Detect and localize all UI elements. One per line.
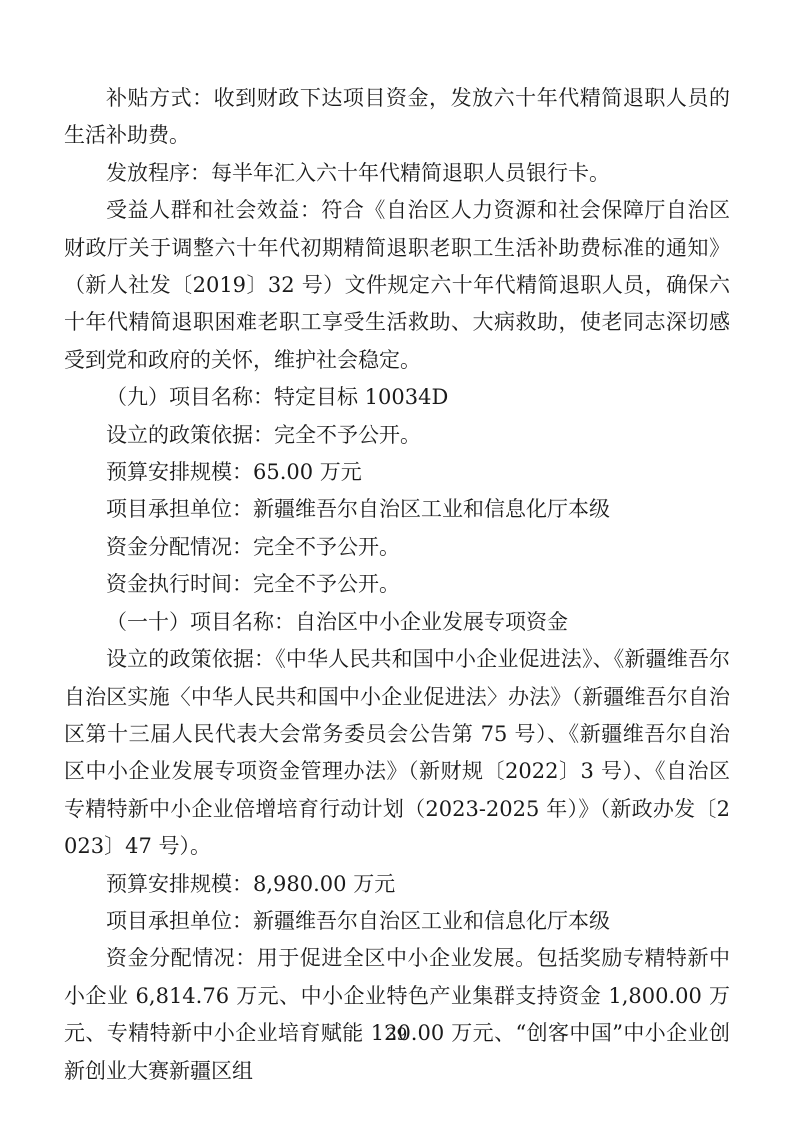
paragraph-project9-name: （九）项目名称：特定目标 10034D — [64, 379, 730, 416]
paragraph-project9-policy: 设立的政策依据：完全不予公开。 — [64, 417, 730, 454]
paragraph-project10-name: （一十）项目名称：自治区中小企业发展专项资金 — [64, 604, 730, 641]
document-page: 补贴方式：收到财政下达项目资金，发放六十年代精简退职人员的生活补助费。 发放程序… — [0, 0, 793, 1122]
paragraph-project9-allocation: 资金分配情况：完全不予公开。 — [64, 529, 730, 566]
paragraph-project9-budget: 预算安排规模：65.00 万元 — [64, 454, 730, 491]
paragraph-project10-policy: 设立的政策依据：《中华人民共和国中小企业促进法》、《新疆维吾尔自治区实施〈中华人… — [64, 641, 730, 865]
paragraph-subsidy-method: 补贴方式：收到财政下达项目资金，发放六十年代精简退职人员的生活补助费。 — [64, 80, 730, 155]
paragraph-beneficiaries: 受益人群和社会效益：符合《自治区人力资源和社会保障厅自治区财政厅关于调整六十年代… — [64, 192, 730, 379]
paragraph-issue-procedure: 发放程序：每半年汇入六十年代精简退职人员银行卡。 — [64, 155, 730, 192]
paragraph-project10-allocation: 资金分配情况：用于促进全区中小企业发展。包括奖励专精特新中小企业 6,814.7… — [64, 940, 730, 1090]
paragraph-project9-unit: 项目承担单位：新疆维吾尔自治区工业和信息化厅本级 — [64, 491, 730, 528]
paragraph-project10-unit: 项目承担单位：新疆维吾尔自治区工业和信息化厅本级 — [64, 903, 730, 940]
document-body: 补贴方式：收到财政下达项目资金，发放六十年代精简退职人员的生活补助费。 发放程序… — [64, 80, 730, 1090]
page-number: 39 — [0, 1024, 793, 1046]
paragraph-project10-budget: 预算安排规模：8,980.00 万元 — [64, 866, 730, 903]
paragraph-project9-execution: 资金执行时间：完全不予公开。 — [64, 566, 730, 603]
